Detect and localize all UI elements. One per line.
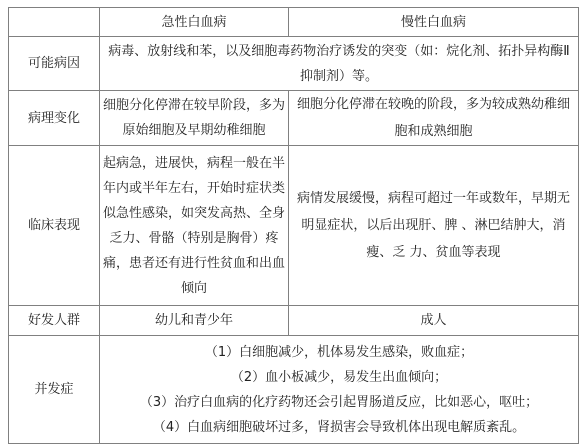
header-chronic-leukemia: 慢性白血病 <box>289 8 579 37</box>
complication-item: （4）白血病细胞破坏过多，肾损害会导致机体出现电解质紊乱。 <box>102 415 576 440</box>
complication-item: （2）血小板减少，易发生出血倾向； <box>102 365 576 390</box>
pathology-chronic-cell: 细胞分化停滞在较晚的阶段，多为较成熟幼稚细胞和成熟细胞 <box>289 91 579 146</box>
table-row-cause: 可能病因 病毒、放射线和苯，以及细胞毒药物治疗诱发的突变（如：烷化剂、拓扑异构酶… <box>9 37 579 91</box>
pathology-acute-cell: 细胞分化停滞在较早阶段，多为原始细胞及早期幼稚细胞 <box>100 91 289 146</box>
row-label-pathology: 病理变化 <box>9 91 100 146</box>
header-row: 急性白血病 慢性白血病 <box>9 8 579 37</box>
complications-merged-cell: （1）白细胞减少，机体易发生感染，败血症； （2）血小板减少，易发生出血倾向； … <box>100 336 579 444</box>
population-acute-cell: 幼儿和青少年 <box>100 306 289 336</box>
complication-item: （3）治疗白血病的化疗药物还会引起胃肠道反应，比如恶心，呕吐； <box>102 390 576 415</box>
header-corner-cell <box>9 8 100 37</box>
table-row-pathology: 病理变化 细胞分化停滞在较早阶段，多为原始细胞及早期幼稚细胞 细胞分化停滞在较晚… <box>9 91 579 146</box>
complication-item: （1）白细胞减少，机体易发生感染，败血症； <box>102 340 576 365</box>
table-row-complications: 并发症 （1）白细胞减少，机体易发生感染，败血症； （2）血小板减少，易发生出血… <box>9 336 579 444</box>
clinical-acute-cell: 起病急，进展快，病程一般在半年内或半年左右，开始时症状类似急性感染，如突发高热、… <box>100 146 289 306</box>
header-acute-leukemia: 急性白血病 <box>100 8 289 37</box>
row-label-cause: 可能病因 <box>9 37 100 91</box>
leukemia-comparison-table: 急性白血病 慢性白血病 可能病因 病毒、放射线和苯，以及细胞毒药物治疗诱发的突变… <box>8 7 579 444</box>
row-label-complications: 并发症 <box>9 336 100 444</box>
population-chronic-cell: 成人 <box>289 306 579 336</box>
cause-merged-cell: 病毒、放射线和苯，以及细胞毒药物治疗诱发的突变（如：烷化剂、拓扑异构酶Ⅱ抑制剂）… <box>100 37 579 91</box>
clinical-chronic-cell: 病情发展缓慢，病程可超过一年或数年，早期无明显症状，以后出现肝、脾 、淋巴结肿大… <box>289 146 579 306</box>
table-row-population: 好发人群 幼儿和青少年 成人 <box>9 306 579 336</box>
row-label-population: 好发人群 <box>9 306 100 336</box>
row-label-clinical: 临床表现 <box>9 146 100 306</box>
table-row-clinical: 临床表现 起病急，进展快，病程一般在半年内或半年左右，开始时症状类似急性感染，如… <box>9 146 579 306</box>
